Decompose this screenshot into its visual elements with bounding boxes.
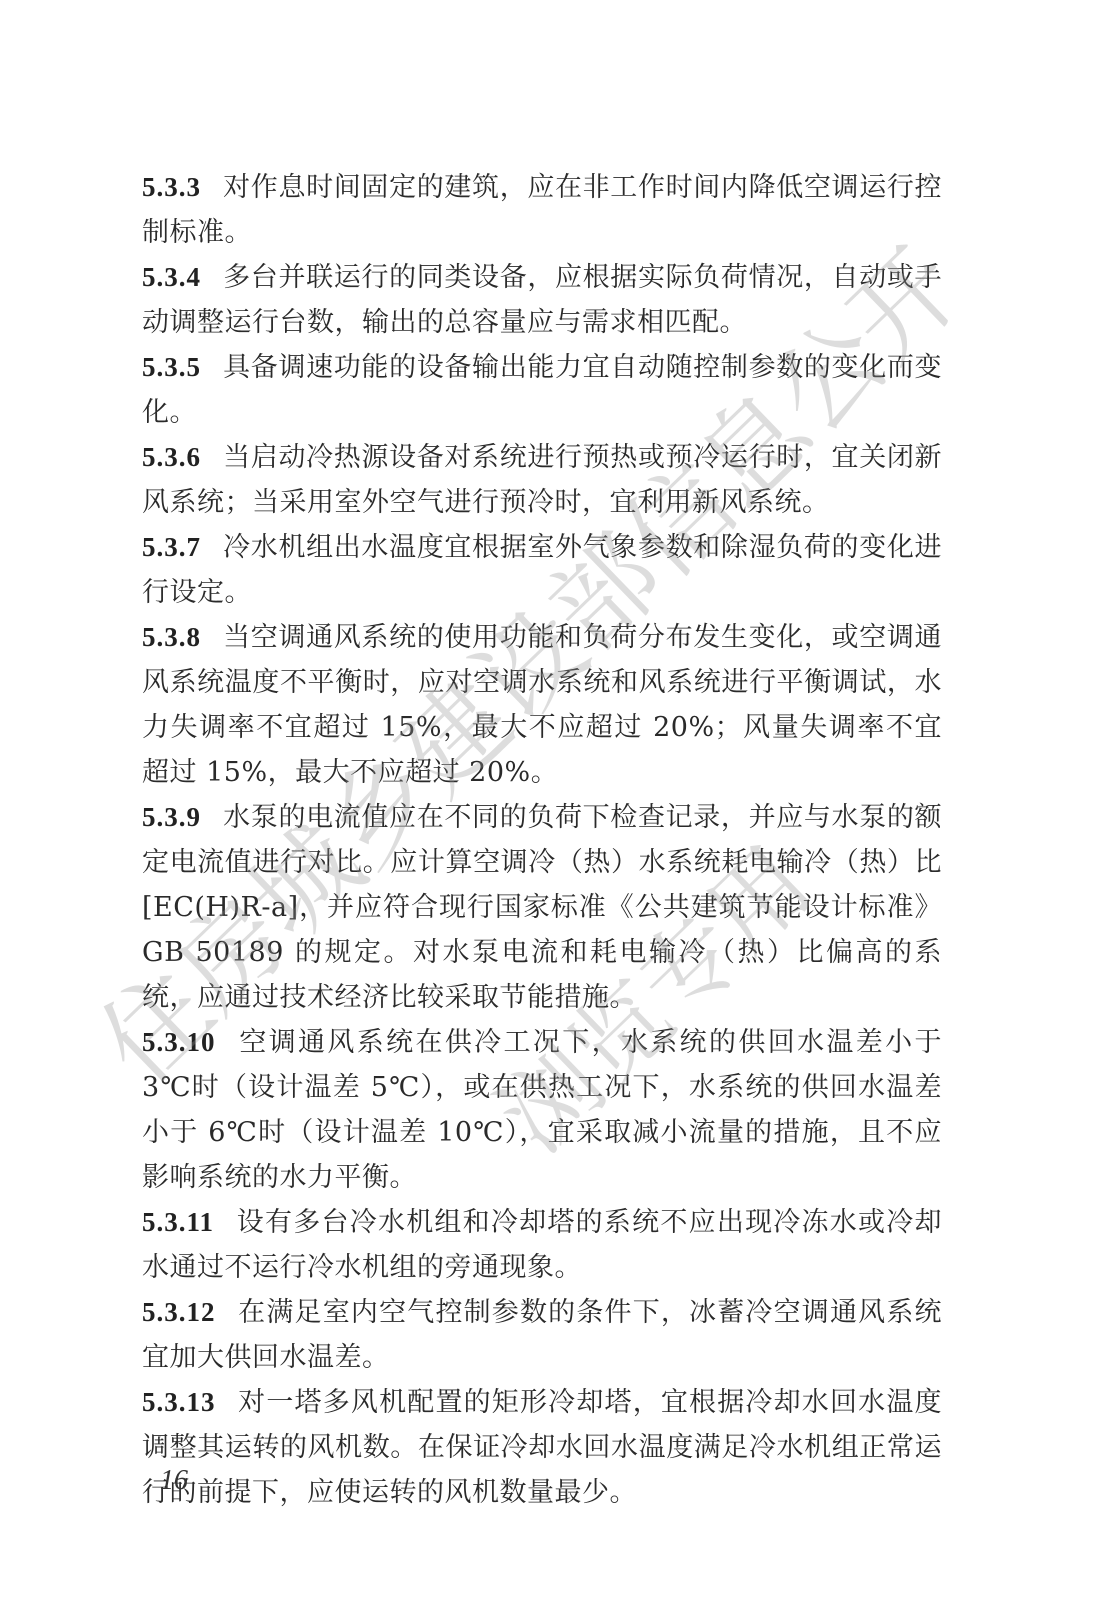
clause-5-3-4: 5.3.4多台并联运行的同类设备，应根据实际负荷情况，自动或手动调整运行台数，输…	[142, 255, 942, 345]
clause-text: 当启动冷热源设备对系统进行预热或预冷运行时，宜关闭新风系统；当采用室外空气进行预…	[142, 442, 942, 518]
clause-number: 5.3.5	[142, 352, 201, 382]
document-body: 5.3.3对作息时间固定的建筑，应在非工作时间内降低空调运行控制标准。 5.3.…	[142, 165, 942, 1515]
clause-text: 设有多台冷水机组和冷却塔的系统不应出现冷冻水或冷却水通过不运行冷水机组的旁通现象…	[142, 1207, 942, 1283]
clause-text: 空调通风系统在供冷工况下，水系统的供回水温差小于3℃时（设计温差 5℃），或在供…	[142, 1027, 942, 1193]
clause-number: 5.3.10	[142, 1027, 216, 1057]
clause-number: 5.3.7	[142, 532, 201, 562]
clause-5-3-12: 5.3.12在满足室内空气控制参数的条件下，冰蓄冷空调通风系统宜加大供回水温差。	[142, 1290, 942, 1380]
clause-5-3-6: 5.3.6当启动冷热源设备对系统进行预热或预冷运行时，宜关闭新风系统；当采用室外…	[142, 435, 942, 525]
clause-number: 5.3.4	[142, 262, 201, 292]
clause-number: 5.3.6	[142, 442, 201, 472]
clause-text: 具备调速功能的设备输出能力宜自动随控制参数的变化而变化。	[142, 352, 942, 428]
clause-5-3-10: 5.3.10空调通风系统在供冷工况下，水系统的供回水温差小于3℃时（设计温差 5…	[142, 1020, 942, 1200]
clause-text: 对作息时间固定的建筑，应在非工作时间内降低空调运行控制标准。	[142, 172, 942, 248]
clause-text: 水泵的电流值应在不同的负荷下检查记录，并应与水泵的额定电流值进行对比。应计算空调…	[142, 802, 942, 1013]
clause-text: 当空调通风系统的使用功能和负荷分布发生变化，或空调通风系统温度不平衡时，应对空调…	[142, 622, 942, 788]
clause-5-3-3: 5.3.3对作息时间固定的建筑，应在非工作时间内降低空调运行控制标准。	[142, 165, 942, 255]
clause-5-3-11: 5.3.11设有多台冷水机组和冷却塔的系统不应出现冷冻水或冷却水通过不运行冷水机…	[142, 1200, 942, 1290]
clause-text: 冷水机组出水温度宜根据室外气象参数和除湿负荷的变化进行设定。	[142, 532, 942, 608]
page-number: 16	[160, 1465, 188, 1497]
clause-5-3-8: 5.3.8当空调通风系统的使用功能和负荷分布发生变化，或空调通风系统温度不平衡时…	[142, 615, 942, 795]
clause-5-3-5: 5.3.5具备调速功能的设备输出能力宜自动随控制参数的变化而变化。	[142, 345, 942, 435]
clause-text: 多台并联运行的同类设备，应根据实际负荷情况，自动或手动调整运行台数，输出的总容量…	[142, 262, 942, 338]
clause-number: 5.3.11	[142, 1207, 214, 1237]
clause-number: 5.3.13	[142, 1387, 216, 1417]
clause-number: 5.3.8	[142, 622, 201, 652]
clause-5-3-7: 5.3.7冷水机组出水温度宜根据室外气象参数和除湿负荷的变化进行设定。	[142, 525, 942, 615]
clause-number: 5.3.9	[142, 802, 201, 832]
clause-number: 5.3.12	[142, 1297, 216, 1327]
clause-number: 5.3.3	[142, 172, 201, 202]
clause-text: 对一塔多风机配置的矩形冷却塔，宜根据冷却水回水温度调整其运转的风机数。在保证冷却…	[142, 1387, 942, 1508]
clause-text: 在满足室内空气控制参数的条件下，冰蓄冷空调通风系统宜加大供回水温差。	[142, 1297, 942, 1373]
clause-5-3-9: 5.3.9水泵的电流值应在不同的负荷下检查记录，并应与水泵的额定电流值进行对比。…	[142, 795, 942, 1020]
clause-5-3-13: 5.3.13对一塔多风机配置的矩形冷却塔，宜根据冷却水回水温度调整其运转的风机数…	[142, 1380, 942, 1515]
